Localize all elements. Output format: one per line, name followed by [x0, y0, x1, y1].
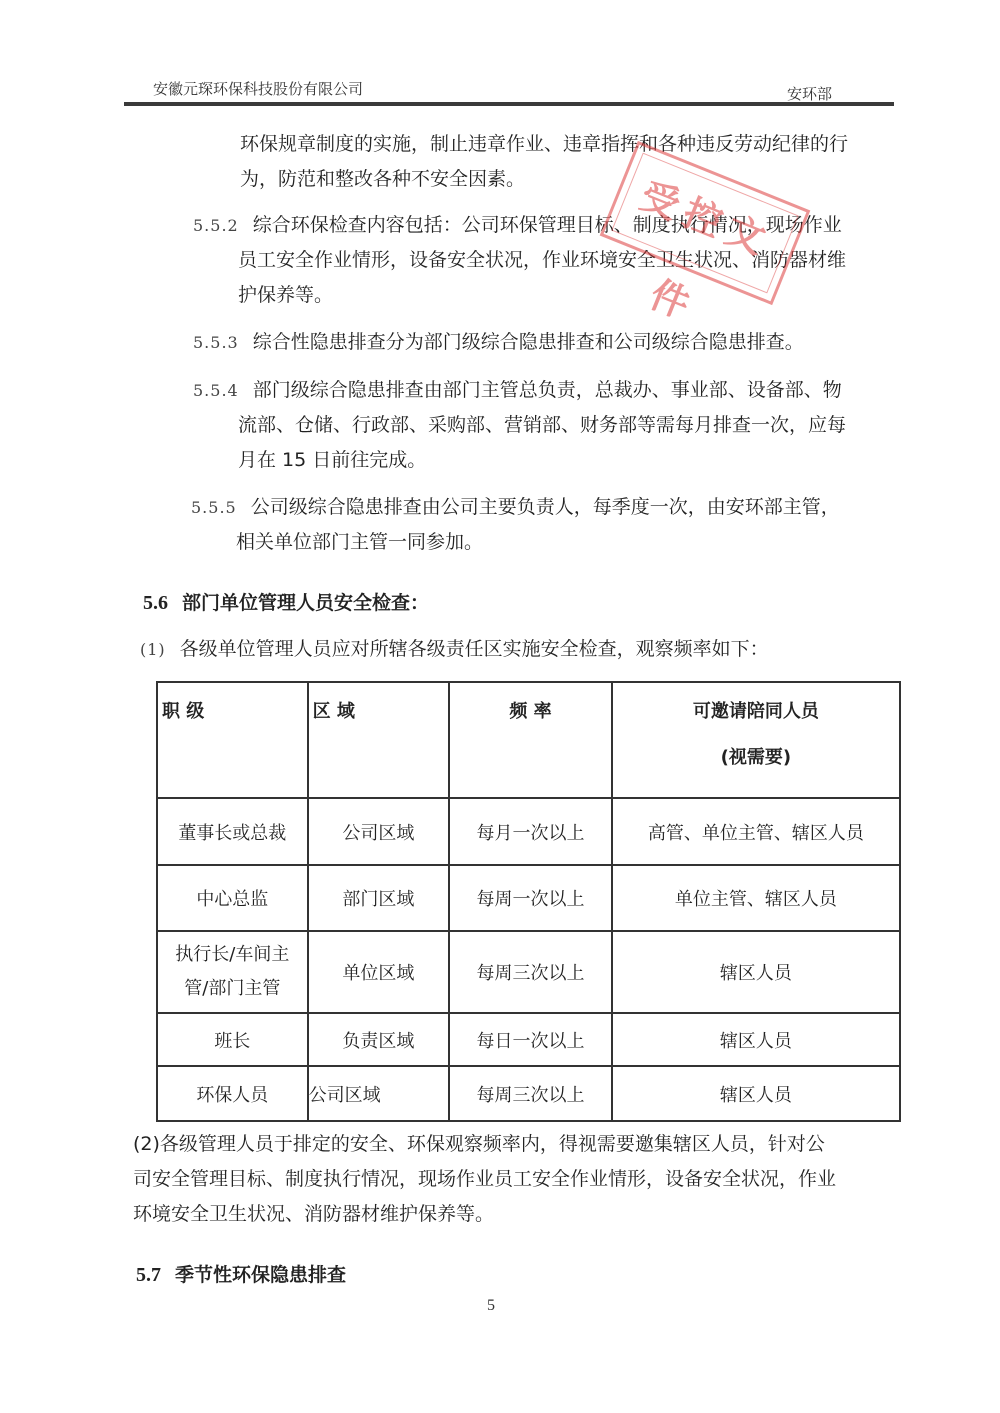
header-frequency: 频 率: [449, 682, 612, 798]
section-5-6-item-2: (2)各级管理人员于排定的安全、环保观察频率内，得视需要邀集辖区人员，针对公 司…: [133, 1127, 836, 1232]
intro-paragraph: 环保规章制度的实施，制止违章作业、违章指挥和各种违反劳动纪律的行 为，防范和整改…: [240, 127, 848, 197]
header-rule: [124, 102, 894, 106]
paragraph-5-5-4: 5.5.4部门级综合隐患排查由部门主管总负责，总裁办、事业部、设备部、物 流部、…: [193, 373, 846, 478]
inspection-frequency-table: 职 级 区 域 频 率 可邀请陪同人员(视需要) 董事长或总裁公司区域每月一次以…: [156, 681, 901, 1122]
section-5-6-item-1: (1)各级单位管理人员应对所辖各级责任区实施安全检查，观察频率如下：: [140, 632, 769, 667]
section-5-6-heading: 5.6部门单位管理人员安全检查：: [143, 588, 429, 615]
page-number: 5: [487, 1297, 495, 1315]
table-row: 班长负责区域每日一次以上辖区人员: [157, 1013, 900, 1066]
section-5-7-heading: 5.7季节性环保隐患排查: [136, 1260, 346, 1287]
header-companions: 可邀请陪同人员(视需要): [612, 682, 900, 798]
header-department: 安环部: [787, 83, 832, 104]
paragraph-5-5-5: 5.5.5公司级综合隐患排查由公司主要负责人，每季度一次，由安环部主管， 相关单…: [191, 490, 840, 560]
header-area: 区 域: [308, 682, 450, 798]
table-row: 环保人员公司区域每周三次以上辖区人员: [157, 1066, 900, 1121]
table-header-row: 职 级 区 域 频 率 可邀请陪同人员(视需要): [157, 682, 900, 798]
header-rank: 职 级: [157, 682, 308, 798]
table-row: 执行长/车间主管/部门主管单位区域每周三次以上辖区人员: [157, 931, 900, 1013]
table-row: 中心总监部门区域每周一次以上单位主管、辖区人员: [157, 865, 900, 931]
header-company: 安徽元琛环保科技股份有限公司: [153, 78, 363, 99]
paragraph-5-5-3: 5.5.3综合性隐患排查分为部门级综合隐患排查和公司级综合隐患排查。: [193, 325, 804, 360]
table-row: 董事长或总裁公司区域每月一次以上高管、单位主管、辖区人员: [157, 798, 900, 865]
